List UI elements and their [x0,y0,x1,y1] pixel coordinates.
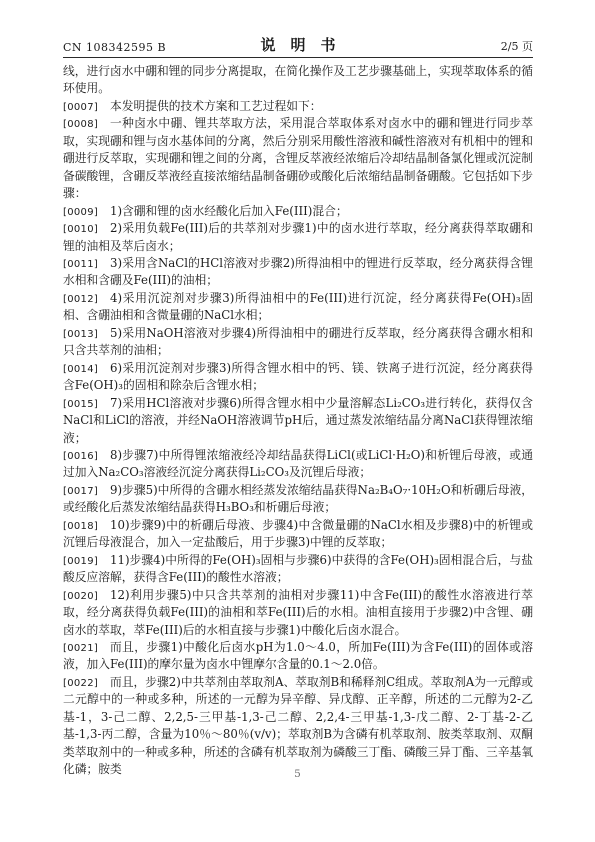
paragraph-number: [0022] [63,675,98,692]
paragraph: [0016] 8)步骤7)中所得锂浓缩液经冷却结晶获得LiCl(或LiCl·H₂… [63,447,533,482]
paragraph-text: 11)步骤4)中所得的Fe(OH)₃固相与步骤6)中获得的含Fe(OH)₃固相混… [63,553,533,584]
paragraph-number: [0011] [63,256,98,273]
paragraph: [0018] 10)步骤9)中的析硼后母液、步骤4)中含微量硼的NaCl水相及步… [63,517,533,552]
paragraph-number: [0013] [63,326,98,343]
paragraph: 线，进行卤水中硼和锂的同步分离提取，在简化操作及工艺步骤基础上，实现萃取体系的循… [63,63,533,98]
patent-page: CN 108342595 B 说 明 书 2/5 页 线，进行卤水中硼和锂的同步… [0,0,595,842]
paragraph-text: 一种卤水中硼、锂共萃取方法，采用混合萃取体系对卤水中的硼和锂进行同步萃取，实现硼… [63,116,533,200]
paragraph-text: 5)采用NaOH溶液对步骤4)所得油相中的硼进行反萃取，经分离获得含硼水相和只含… [63,326,533,357]
paragraph-text: 3)采用含NaCl的HCl溶液对步骤2)所得油相中的锂进行反萃取，经分离获得含锂… [63,256,533,287]
paragraph-text: 9)步骤5)中所得的含硼水相经蒸发浓缩结晶获得Na₂B₄O₇·10H₂O和析硼后… [63,483,533,514]
page-header: CN 108342595 B 说 明 书 2/5 页 [63,34,533,56]
paragraph-text: 而且，步骤1)中酸化后卤水pH为1.0～4.0，所加Fe(III)为含Fe(II… [63,640,533,671]
paragraph-number: [0020] [63,588,98,605]
paragraph-number: [0008] [63,116,98,133]
paragraph-text: 7)采用HCl溶液对步骤6)所得含锂水相中少量溶解态Li₂CO₃进行转化，获得仅… [63,396,533,445]
paragraph-number: [0019] [63,553,98,570]
paragraph-text: 8)步骤7)中所得锂浓缩液经冷却结晶获得LiCl(或LiCl·H₂O)和析锂后母… [63,448,533,479]
paragraph-number: [0007] [63,99,98,116]
paragraph: [0009] 1)含硼和锂的卤水经酸化后加入Fe(III)混合； [63,203,533,220]
header-rule [63,57,533,58]
paragraph: [0020] 12)利用步骤5)中只含共萃剂的油相对步骤11)中含Fe(III)… [63,587,533,639]
paragraph-text: 线，进行卤水中硼和锂的同步分离提取，在简化操作及工艺步骤基础上，实现萃取体系的循… [63,64,533,95]
paragraph-text: 2)采用负载Fe(III)后的共萃剂对步骤1)中的卤水进行萃取，经分离获得萃取硼… [63,221,533,252]
paragraph: [0012] 4)采用沉淀剂对步骤3)所得油相中的Fe(III)进行沉淀，经分离… [63,290,533,325]
paragraph: [0007] 本发明提供的技术方案和工艺过程如下： [63,98,533,115]
paragraph-text: 4)采用沉淀剂对步骤3)所得油相中的Fe(III)进行沉淀，经分离获得Fe(OH… [63,291,533,322]
paragraph-number: [0021] [63,640,98,657]
paragraph: [0017] 9)步骤5)中所得的含硼水相经蒸发浓缩结晶获得Na₂B₄O₇·10… [63,482,533,517]
paragraph-text: 10)步骤9)中的析硼后母液、步骤4)中含微量硼的NaCl水相及步骤8)中的析锂… [63,518,533,549]
paragraph: [0022] 而且，步骤2)中共萃剂由萃取剂A、萃取剂B和稀释剂C组成。萃取剂A… [63,674,533,779]
paragraph-number: [0016] [63,448,98,465]
paragraph: [0021] 而且，步骤1)中酸化后卤水pH为1.0～4.0，所加Fe(III)… [63,639,533,674]
paragraph-text: 本发明提供的技术方案和工艺过程如下： [110,99,322,113]
paragraph-number: [0009] [63,204,98,221]
paragraph: [0014] 6)采用沉淀剂对步骤3)所得含锂水相中的钙、镁、铁离子进行沉淀，经… [63,360,533,395]
paragraph-text: 6)采用沉淀剂对步骤3)所得含锂水相中的钙、镁、铁离子进行沉淀，经分离获得含Fe… [63,361,533,392]
document-title: 说 明 书 [63,34,533,55]
specification-body: 线，进行卤水中硼和锂的同步分离提取，在简化操作及工艺步骤基础上，实现萃取体系的循… [63,63,533,779]
paragraph: [0011] 3)采用含NaCl的HCl溶液对步骤2)所得油相中的锂进行反萃取，… [63,255,533,290]
paragraph-number: [0018] [63,518,98,535]
paragraph: [0013] 5)采用NaOH溶液对步骤4)所得油相中的硼进行反萃取，经分离获得… [63,325,533,360]
paragraph: [0015] 7)采用HCl溶液对步骤6)所得含锂水相中少量溶解态Li₂CO₃进… [63,395,533,447]
paragraph: [0019] 11)步骤4)中所得的Fe(OH)₃固相与步骤6)中获得的含Fe(… [63,552,533,587]
paragraph-number: [0015] [63,396,98,413]
page-indicator: 2/5 页 [501,38,533,54]
paragraph: [0010] 2)采用负载Fe(III)后的共萃剂对步骤1)中的卤水进行萃取，经… [63,220,533,255]
paragraph-text: 而且，步骤2)中共萃剂由萃取剂A、萃取剂B和稀释剂C组成。萃取剂A为一元醇或二元… [63,675,533,776]
paragraph-number: [0017] [63,483,98,500]
paragraph-number: [0010] [63,221,98,238]
footer-page-number: 5 [0,768,595,780]
paragraph-number: [0014] [63,361,98,378]
paragraph-text: 1)含硼和锂的卤水经酸化后加入Fe(III)混合； [110,204,348,218]
paragraph: [0008] 一种卤水中硼、锂共萃取方法，采用混合萃取体系对卤水中的硼和锂进行同… [63,115,533,202]
paragraph-text: 12)利用步骤5)中只含共萃剂的油相对步骤11)中含Fe(III)的酸性水溶液进… [63,588,533,637]
paragraph-number: [0012] [63,291,98,308]
